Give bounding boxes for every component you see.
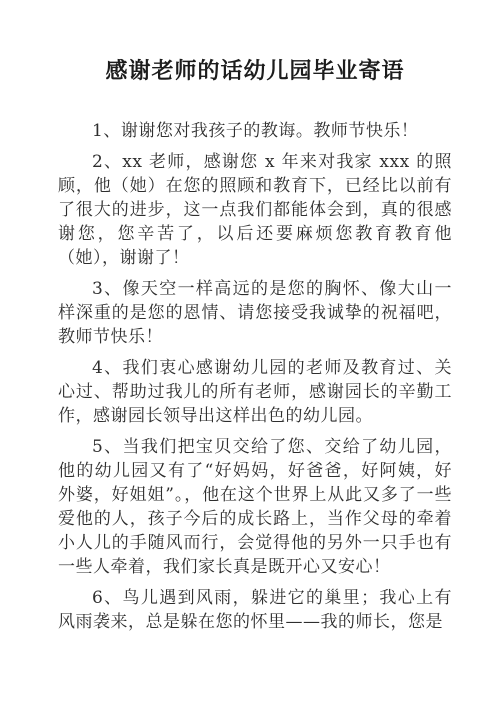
paragraph-2: 2、xx 老师，感谢您 x 年来对我家 xxx 的照顾，他（她）在您的照顾和教育… — [58, 150, 452, 270]
paragraph-5: 5、当我们把宝贝交给了您、交给了幼儿园，他的幼儿园又有了“好妈妈，好爸爸，好阿姨… — [58, 435, 452, 579]
paragraph-4: 4、我们衷心感谢幼儿园的老师及教育过、关心过、帮助过我儿的所有老师，感谢园长的辛… — [58, 356, 452, 428]
paragraph-3: 3、像天空一样高远的是您的胸怀、像大山一样深重的是您的恩情、请您接受我诚挚的祝福… — [58, 277, 452, 349]
document-title: 感谢老师的话幼儿园毕业寄语 — [58, 58, 452, 86]
document-page: 感谢老师的话幼儿园毕业寄语 1、谢谢您对我孩子的教诲。教师节快乐！ 2、xx 老… — [0, 0, 500, 707]
paragraph-6: 6、鸟儿遇到风雨，躲进它的巢里；我心上有风雨袭来，总是躲在您的怀里——我的师长，… — [58, 586, 452, 634]
paragraph-1: 1、谢谢您对我孩子的教诲。教师节快乐！ — [58, 119, 452, 143]
document-body: 1、谢谢您对我孩子的教诲。教师节快乐！ 2、xx 老师，感谢您 x 年来对我家 … — [58, 119, 452, 634]
